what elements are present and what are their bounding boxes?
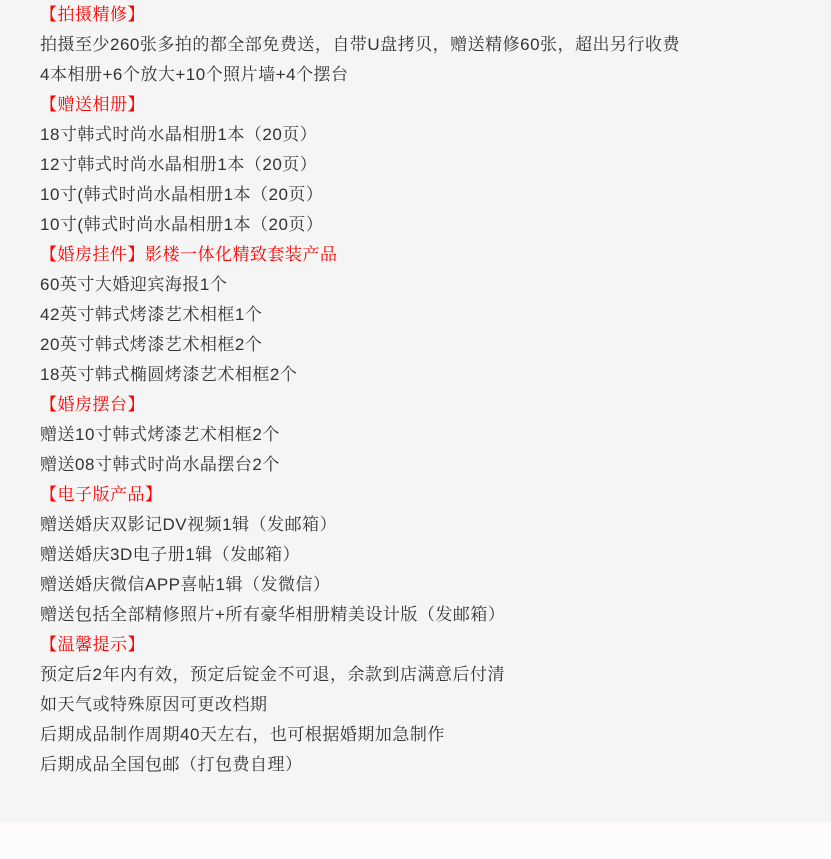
description-line: 后期成品全国包邮（打包费自理） [40,750,811,780]
description-line: 后期成品制作周期40天左右，也可根据婚期加急制作 [40,720,811,750]
section-table-displays: 【婚房摆台】 赠送10寸韩式烤漆艺术相框2个 赠送08寸韩式时尚水晶摆台2个 [40,390,811,480]
description-line: 赠送婚庆3D电子册1辑（发邮箱） [40,540,811,570]
description-line: 拍摄至少260张多拍的都全部免费送，自带U盘拷贝，赠送精修60张，超出另行收费 [40,30,811,60]
section-heading-table-displays: 【婚房摆台】 [40,390,811,420]
section-digital-products: 【电子版产品】 赠送婚庆双影记DV视频1辑（发邮箱） 赠送婚庆3D电子册1辑（发… [40,480,811,630]
product-description-panel: 【拍摄精修】 拍摄至少260张多拍的都全部免费送，自带U盘拷贝，赠送精修60张，… [0,0,831,823]
section-heading-friendly-tips: 【温馨提示】 [40,630,811,660]
section-photography-retouch: 【拍摄精修】 拍摄至少260张多拍的都全部免费送，自带U盘拷贝，赠送精修60张，… [40,0,811,90]
description-line: 赠送包括全部精修照片+所有豪华相册精美设计版（发邮箱） [40,600,811,630]
description-line: 60英寸大婚迎宾海报1个 [40,270,811,300]
description-line: 如天气或特殊原因可更改档期 [40,690,811,720]
section-heading-free-albums: 【赠送相册】 [40,90,811,120]
section-wall-hangings: 【婚房挂件】影楼一体化精致套装产品 60英寸大婚迎宾海报1个 42英寸韩式烤漆艺… [40,240,811,390]
description-line: 18寸韩式时尚水晶相册1本（20页） [40,120,811,150]
description-line: 预定后2年内有效，预定后锭金不可退，余款到店满意后付清 [40,660,811,690]
description-line: 4本相册+6个放大+10个照片墙+4个摆台 [40,60,811,90]
description-line: 赠送婚庆微信APP喜帖1辑（发微信） [40,570,811,600]
page-footer-strip [0,823,831,859]
description-line: 10寸(韩式时尚水晶相册1本（20页） [40,210,811,240]
section-heading-digital-products: 【电子版产品】 [40,480,811,510]
section-heading-photography-retouch: 【拍摄精修】 [40,0,811,30]
section-friendly-tips: 【温馨提示】 预定后2年内有效，预定后锭金不可退，余款到店满意后付清 如天气或特… [40,630,811,780]
description-line: 赠送08寸韩式时尚水晶摆台2个 [40,450,811,480]
section-free-albums: 【赠送相册】 18寸韩式时尚水晶相册1本（20页） 12寸韩式时尚水晶相册1本（… [40,90,811,240]
description-line: 12寸韩式时尚水晶相册1本（20页） [40,150,811,180]
description-line: 10寸(韩式时尚水晶相册1本（20页） [40,180,811,210]
description-line: 42英寸韩式烤漆艺术相框1个 [40,300,811,330]
description-line: 赠送婚庆双影记DV视频1辑（发邮箱） [40,510,811,540]
description-line: 18英寸韩式椭圆烤漆艺术相框2个 [40,360,811,390]
section-heading-wall-hangings: 【婚房挂件】影楼一体化精致套装产品 [40,240,811,270]
description-line: 赠送10寸韩式烤漆艺术相框2个 [40,420,811,450]
description-line: 20英寸韩式烤漆艺术相框2个 [40,330,811,360]
product-detail-page: 【拍摄精修】 拍摄至少260张多拍的都全部免费送，自带U盘拷贝，赠送精修60张，… [0,0,831,859]
